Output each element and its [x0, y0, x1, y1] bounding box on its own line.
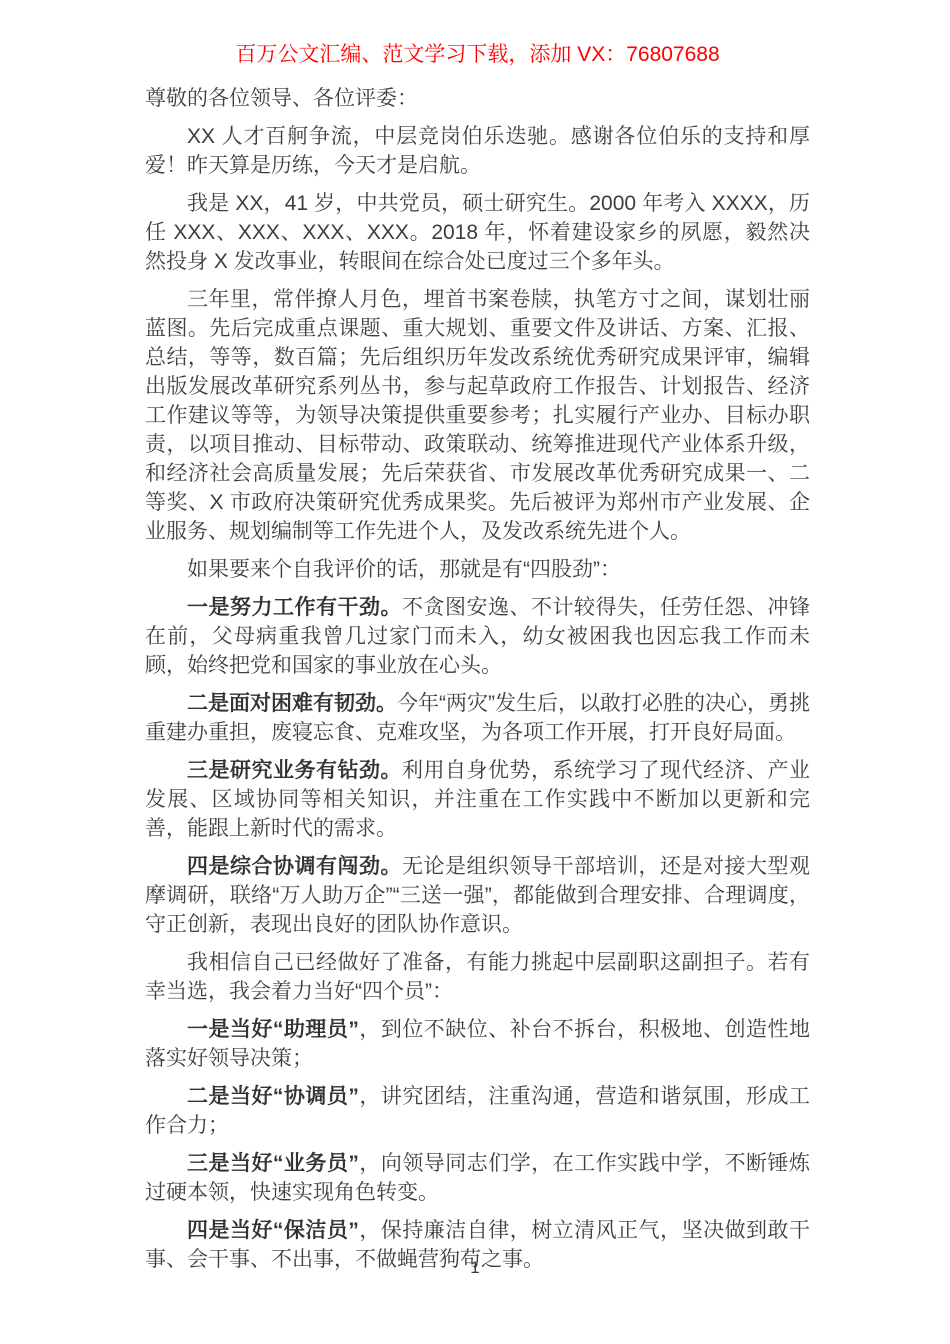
- paragraph: 三年里，常伴撩人月色，埋首书案卷牍，执笔方寸之间，谋划壮丽蓝图。先后完成重点课题…: [145, 285, 810, 546]
- paragraph-lead: 四是当好“保洁员”: [187, 1219, 359, 1242]
- paragraph-lead: 二是面对困难有韧劲。: [187, 692, 397, 715]
- paragraph-lead: 一是努力工作有干劲。: [187, 596, 402, 619]
- paragraph: XX 人才百舸争流，中层竞岗伯乐迭驰。感谢各位伯乐的支持和厚爱！昨天算是历练，今…: [145, 122, 810, 180]
- paragraph-lead: 三是当好“业务员”: [187, 1152, 359, 1175]
- paragraph: 我相信自己已经做好了准备，有能力挑起中层副职这副担子。若有幸当选，我会着力当好“…: [145, 948, 810, 1006]
- paragraph-lead: 一是当好“助理员”: [187, 1018, 359, 1041]
- paragraph: 四是综合协调有闯劲。无论是组织领导干部培训，还是对接大型观摩调研，联络“万人助万…: [145, 852, 810, 939]
- paragraph-lead: 二是当好“协调员”: [187, 1085, 359, 1108]
- paragraph: 三是研究业务有钻劲。利用自身优势，系统学习了现代经济、产业发展、区域协同等相关知…: [145, 756, 810, 843]
- paragraph: 二是面对困难有韧劲。今年“两灾”发生后，以敢打必胜的决心，勇挑重建办重担，废寝忘…: [145, 689, 810, 747]
- paragraph-text: 我相信自己已经做好了准备，有能力挑起中层副职这副担子。若有幸当选，我会着力当好“…: [145, 951, 810, 1003]
- paragraph: 一是努力工作有干劲。不贪图安逸、不计较得失，任劳任怨、冲锋在前，父母病重我曾几过…: [145, 593, 810, 680]
- paragraph: 如果要来个自我评价的话，那就是有“四股劲”：: [145, 555, 810, 584]
- paragraph: 三是当好“业务员”，向领导同志们学，在工作实践中学，不断锤炼过硬本领，快速实现角…: [145, 1149, 810, 1207]
- salutation: 尊敬的各位领导、各位评委：: [145, 84, 810, 113]
- paragraph-text: XX 人才百舸争流，中层竞岗伯乐迭驰。感谢各位伯乐的支持和厚爱！昨天算是历练，今…: [145, 125, 810, 177]
- paragraph-lead: 四是综合协调有闯劲。: [187, 855, 402, 878]
- document-page: 百万公文汇编、范文学习下载，添加 VX：76807688 尊敬的各位领导、各位评…: [0, 0, 950, 1344]
- paragraph-lead: 三是研究业务有钻劲。: [187, 759, 402, 782]
- paragraph-text: 如果要来个自我评价的话，那就是有“四股劲”：: [187, 558, 621, 581]
- header-notice: 百万公文汇编、范文学习下载，添加 VX：76807688: [145, 42, 810, 68]
- paragraph: 二是当好“协调员”，讲究团结，注重沟通，营造和谐氛围，形成工作合力；: [145, 1082, 810, 1140]
- paragraph-text: 我是 XX，41 岁，中共党员，硕士研究生。2000 年考入 XXXX，历任 X…: [145, 192, 810, 273]
- paragraph: 我是 XX，41 岁，中共党员，硕士研究生。2000 年考入 XXXX，历任 X…: [145, 189, 810, 276]
- paragraph: 一是当好“助理员”，到位不缺位、补台不拆台，积极地、创造性地落实好领导决策；: [145, 1015, 810, 1073]
- paragraph-text: 三年里，常伴撩人月色，埋首书案卷牍，执笔方寸之间，谋划壮丽蓝图。先后完成重点课题…: [145, 288, 810, 543]
- page-number: 1: [0, 1258, 950, 1278]
